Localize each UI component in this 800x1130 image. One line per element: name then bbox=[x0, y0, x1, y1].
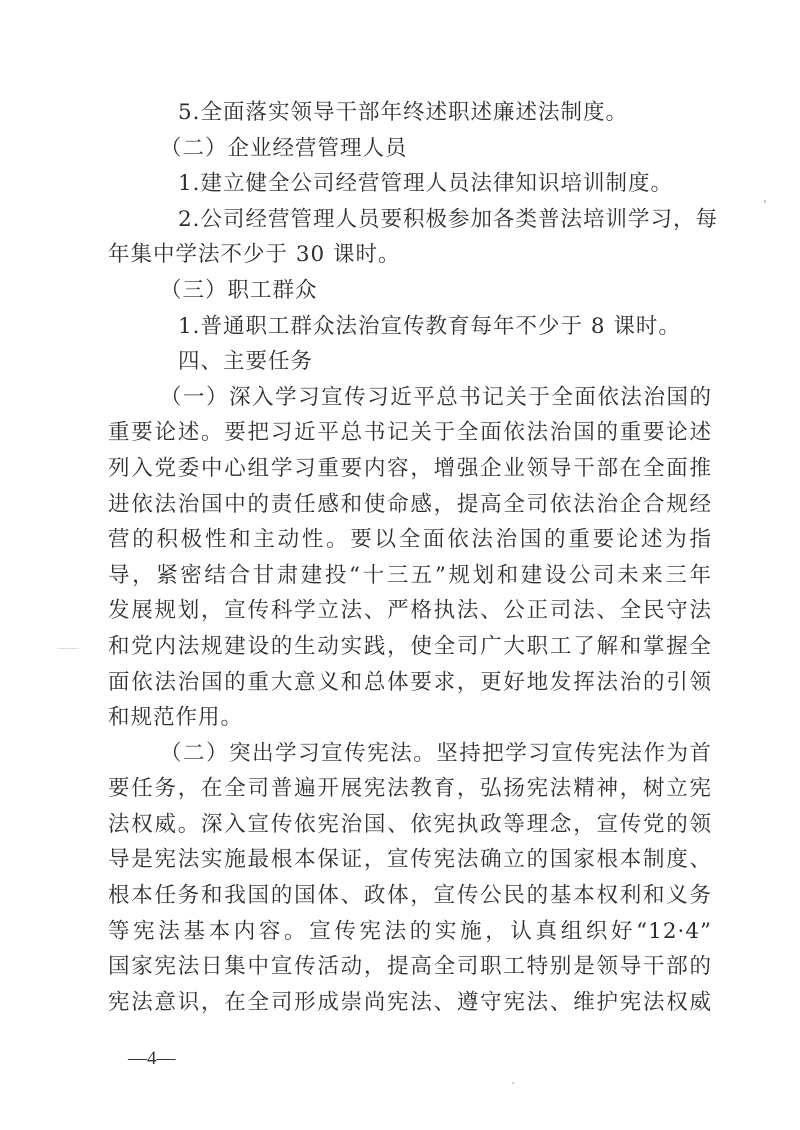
text-line: 营的积极性和主动性。要以全面依法治国的重要论述为指 bbox=[108, 522, 712, 558]
text-line: 进依法治国中的责任感和使命感，提高全司依法治企合规经 bbox=[108, 487, 712, 523]
text-line: 年集中学法不少于 30 课时。 bbox=[108, 237, 712, 273]
text-line: 根本任务和我国的国体、政体，宣传公民的基本权利和义务 bbox=[108, 878, 712, 914]
text-line: 1.普通职工群众法治宣传教育每年不少于 8 课时。 bbox=[108, 309, 712, 345]
document-body: 5.全面落实领导干部年终述职述廉述法制度。（二）企业经营管理人员1.建立健全公司… bbox=[108, 95, 712, 1020]
document-page: 5.全面落实领导干部年终述职述廉述法制度。（二）企业经营管理人员1.建立健全公司… bbox=[0, 0, 800, 1130]
text-line: （一）深入学习宣传习近平总书记关于全面依法治国的 bbox=[108, 380, 712, 416]
text-line: 导，紧密结合甘肃建投“十三五”规划和建设公司未来三年 bbox=[108, 558, 712, 594]
text-line: 导是宪法实施最根本保证，宣传宪法确立的国家根本制度、 bbox=[108, 842, 712, 878]
text-line: 四、主要任务 bbox=[108, 344, 712, 380]
text-line: （二）企业经营管理人员 bbox=[108, 131, 712, 167]
text-line: 要任务，在全司普遍开展宪法教育，弘扬宪法精神，树立宪 bbox=[108, 771, 712, 807]
text-line: 1.建立健全公司经营管理人员法律知识培训制度。 bbox=[108, 166, 712, 202]
text-line: 宪法意识，在全司形成崇尚宪法、遵守宪法、维护宪法权威 bbox=[108, 985, 712, 1021]
text-line: 列入党委中心组学习重要内容，增强企业领导干部在全面推 bbox=[108, 451, 712, 487]
scan-speck bbox=[512, 1082, 514, 1084]
text-line: 和党内法规建设的生动实践，使全司广大职工了解和掌握全 bbox=[108, 629, 712, 665]
text-line: 发展规划，宣传科学立法、严格执法、公正司法、全民守法 bbox=[108, 593, 712, 629]
text-line: （三）职工群众 bbox=[108, 273, 712, 309]
text-line: 面依法治国的重大意义和总体要求，更好地发挥法治的引领 bbox=[108, 665, 712, 701]
text-line: 重要论述。要把习近平总书记关于全面依法治国的重要论述 bbox=[108, 415, 712, 451]
page-number: —4— bbox=[128, 1048, 176, 1070]
text-line: 和规范作用。 bbox=[108, 700, 712, 736]
text-line: （二）突出学习宣传宪法。坚持把学习宣传宪法作为首 bbox=[108, 736, 712, 772]
scan-speck bbox=[764, 200, 766, 203]
text-line: 5.全面落实领导干部年终述职述廉述法制度。 bbox=[108, 95, 712, 131]
scan-speck bbox=[56, 648, 80, 649]
text-line: 2.公司经营管理人员要积极参加各类普法培训学习，每 bbox=[108, 202, 712, 238]
text-line: 法权威。深入宣传依宪治国、依宪执政等理念，宣传党的领 bbox=[108, 807, 712, 843]
text-line: 等宪法基本内容。宣传宪法的实施，认真组织好“12·4” bbox=[108, 914, 712, 950]
text-line: 国家宪法日集中宣传活动，提高全司职工特别是领导干部的 bbox=[108, 949, 712, 985]
